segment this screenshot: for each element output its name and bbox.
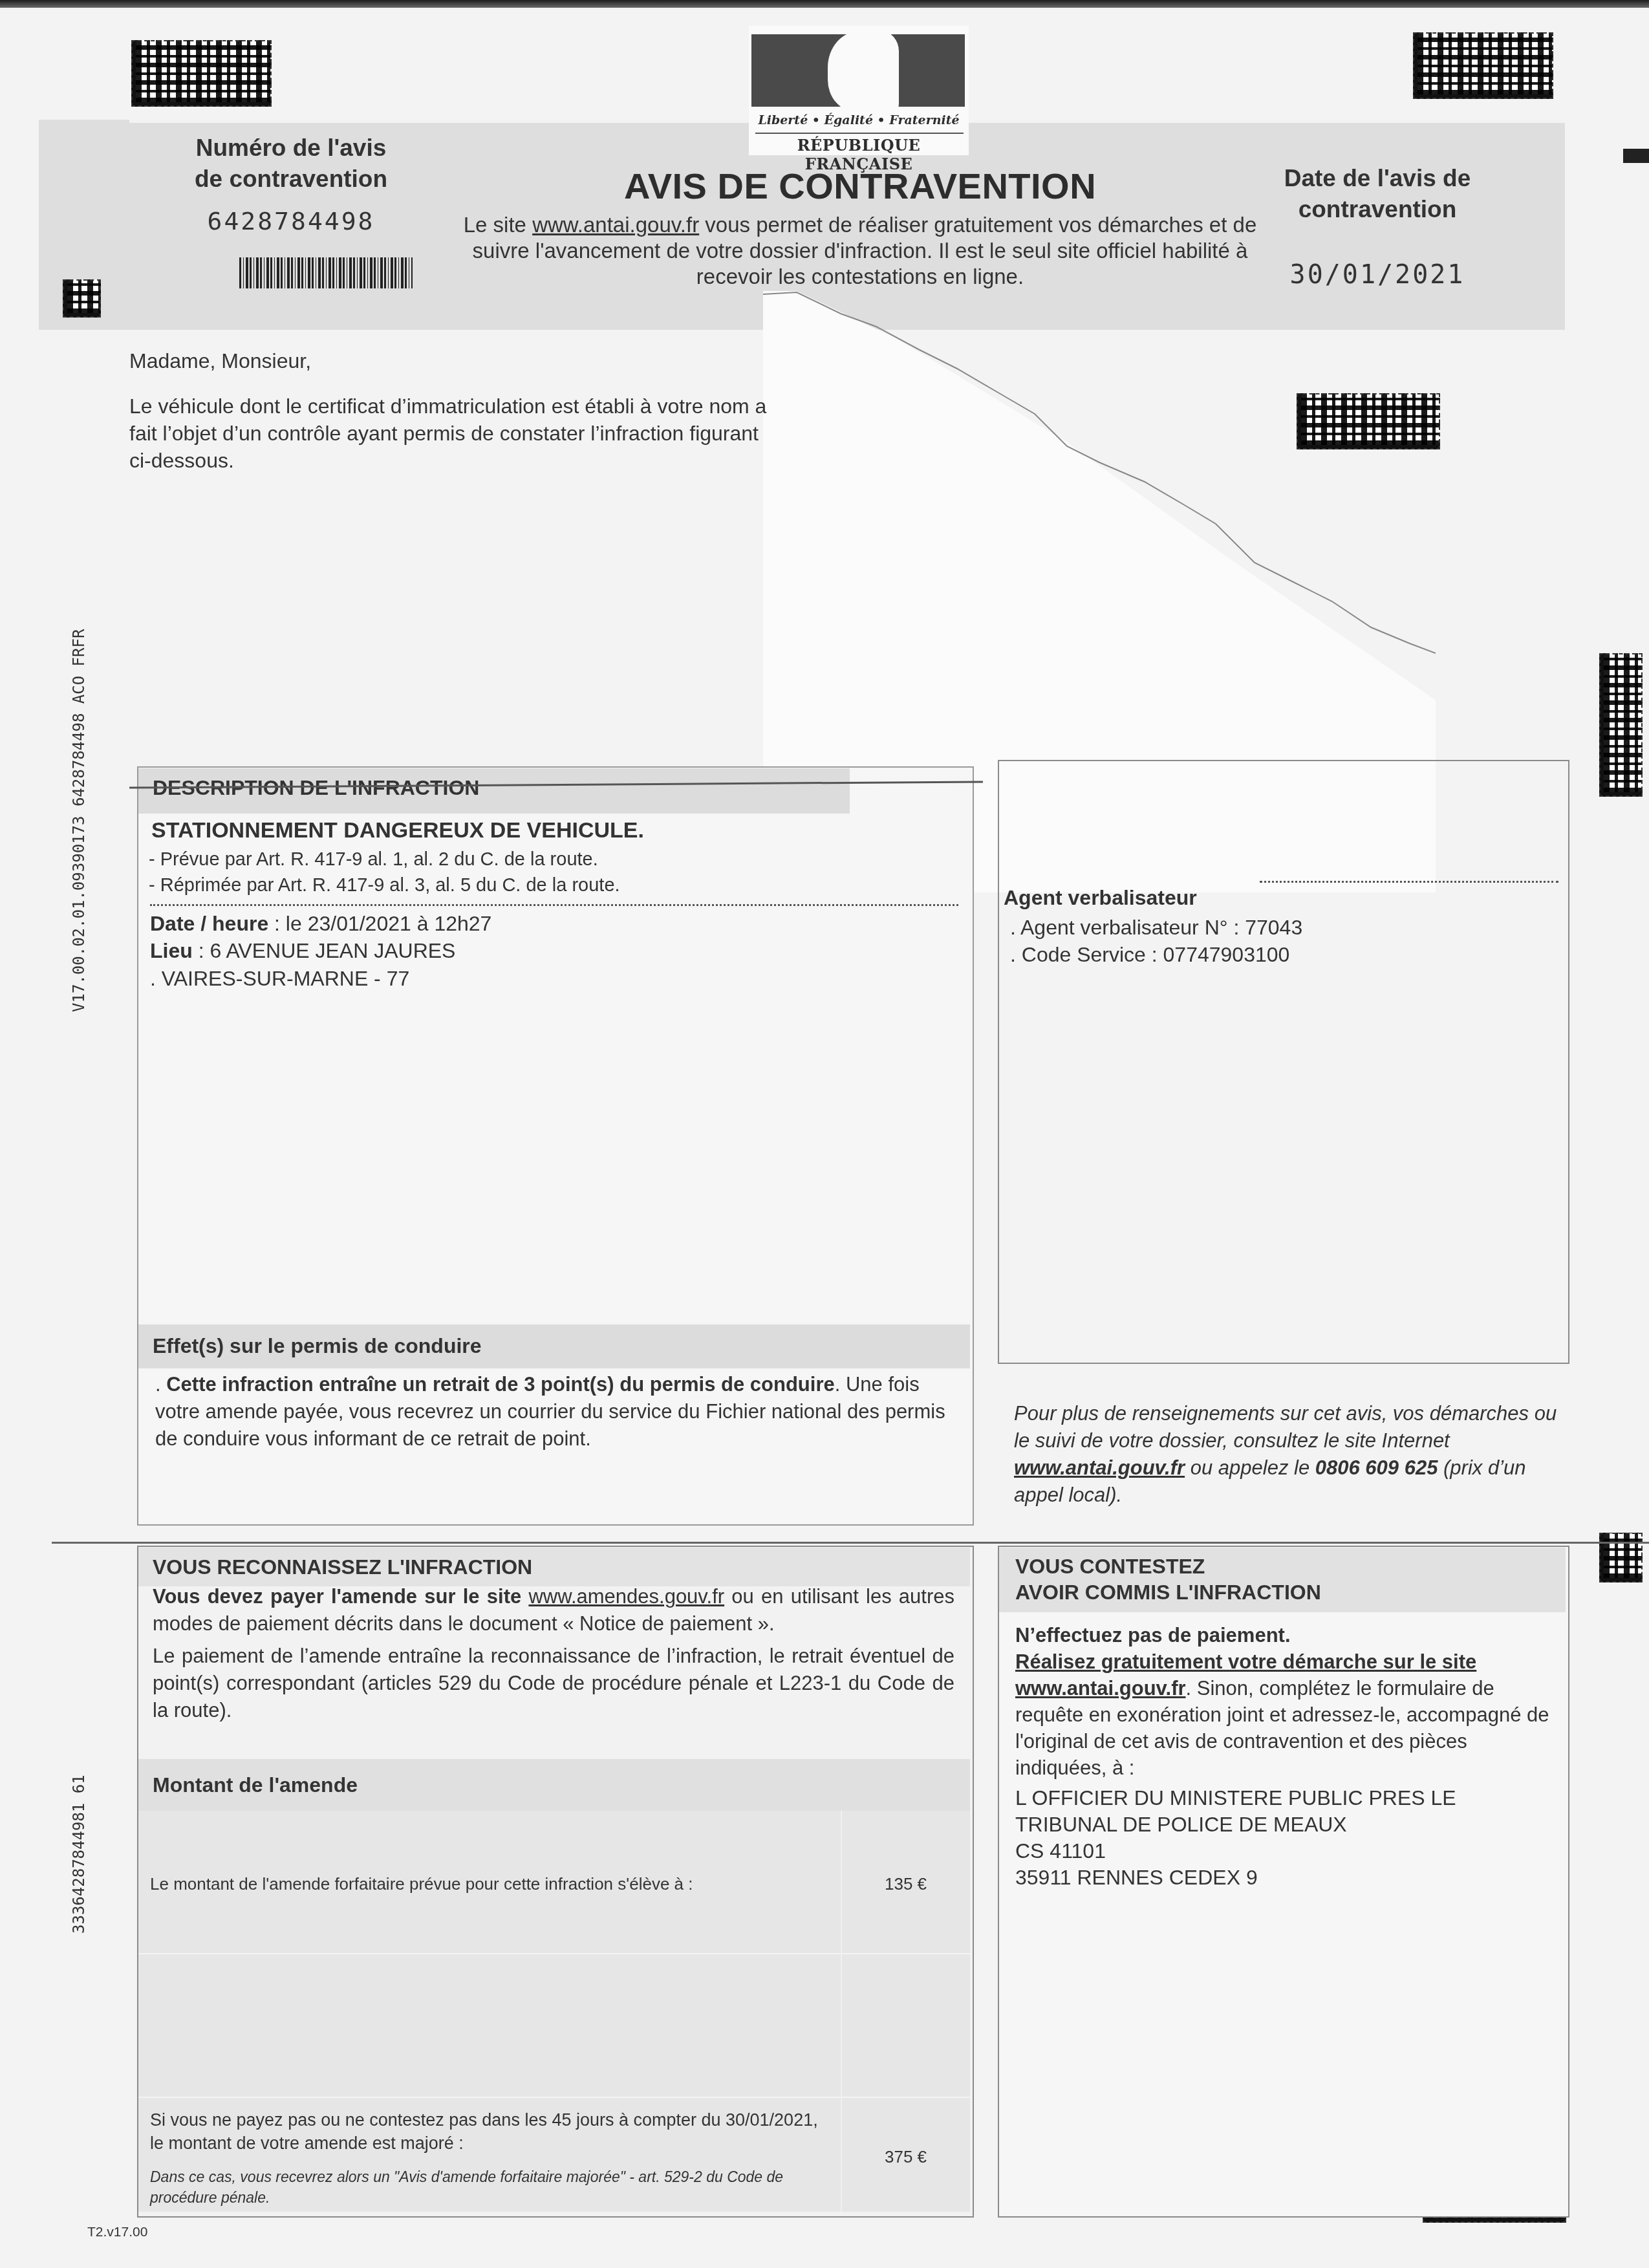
antai-link[interactable]: www.antai.gouv.fr xyxy=(532,213,699,237)
place-value: : 6 AVENUE JEAN JAURES xyxy=(193,939,456,962)
pay-instruction: Vous devez payer l'amende sur le site xyxy=(153,1585,528,1608)
increased-amount-note: Dans ce cas, vous recevrez alors un "Avi… xyxy=(150,2166,829,2208)
contest-title-line: AVOIR COMMIS L'INFRACTION xyxy=(1015,1579,1321,1605)
infraction-place: Lieu : 6 AVENUE JEAN JAURES xyxy=(150,939,455,963)
infraction-city: . VAIRES-SUR-MARNE - 77 xyxy=(150,967,409,991)
amendes-link[interactable]: www.amendes.gouv.fr xyxy=(528,1585,724,1608)
datamatrix-code-icon xyxy=(131,40,272,107)
notice-number-label: Numéro de l'avis de contravention xyxy=(188,133,394,195)
agent-number: . Agent verbalisateur N° : 77043 xyxy=(1010,916,1302,940)
dotted-divider xyxy=(150,904,958,906)
datamatrix-code-icon xyxy=(1599,1533,1643,1582)
phone-number[interactable]: 0806 609 625 xyxy=(1315,1456,1438,1479)
contest-title: VOUS CONTESTEZ AVOIR COMMIS L'INFRACTION xyxy=(1015,1553,1321,1605)
payment-consequence: Le paiement de l’amende entraîne la reco… xyxy=(153,1643,954,1724)
fold-line xyxy=(52,1542,1649,1544)
address-line: CS 41101 xyxy=(1015,1838,1558,1864)
license-effect-text: . Cette infraction entraîne un retrait d… xyxy=(155,1371,951,1453)
datamatrix-code-icon xyxy=(1413,32,1553,99)
infraction-title: STATIONNEMENT DANGEREUX DE VEHICULE. xyxy=(151,818,644,843)
contest-title-line: VOUS CONTESTEZ xyxy=(1015,1553,1321,1579)
agent-service-code: . Code Service : 07747903100 xyxy=(1010,943,1289,967)
page-title: AVIS DE CONTRAVENTION xyxy=(504,165,1216,207)
greeting: Madame, Monsieur, xyxy=(129,349,311,373)
antai-link[interactable]: www.antai.gouv.fr xyxy=(1014,1456,1185,1479)
place-label: Lieu xyxy=(150,939,193,962)
info-prefix: Pour plus de renseignements sur cet avis… xyxy=(1014,1402,1557,1452)
side-code: 33364287844981 61 xyxy=(70,1775,88,1934)
notice-date: 30/01/2021 xyxy=(1255,260,1500,290)
contest-address: L OFFICIER DU MINISTERE PUBLIC PRES LE T… xyxy=(1015,1785,1558,1891)
infraction-datetime: Date / heure : le 23/01/2021 à 12h27 xyxy=(150,912,491,936)
infraction-law-line: - Prévue par Art. R. 417-9 al. 1, al. 2 … xyxy=(149,849,598,870)
info-text: Pour plus de renseignements sur cet avis… xyxy=(1014,1400,1564,1509)
fine-amount: 135 € xyxy=(885,1874,927,1894)
increased-amount-label: Si vous ne payez pas ou ne contestez pas… xyxy=(150,2108,829,2155)
datamatrix-code-icon xyxy=(1599,653,1643,797)
marianne-logo-icon xyxy=(751,34,965,107)
header-intro: Le site www.antai.gouv.fr vous permet de… xyxy=(453,212,1267,290)
antai-link[interactable]: www.antai.gouv.fr xyxy=(1015,1677,1186,1700)
datamatrix-code-icon xyxy=(63,279,101,318)
address-line: 35911 RENNES CEDEX 9 xyxy=(1015,1864,1558,1891)
amount-title: Montant de l'amende xyxy=(153,1773,358,1797)
logo-divider xyxy=(755,133,964,134)
datetime-value: : le 23/01/2021 à 12h27 xyxy=(268,912,491,935)
header-intro-prefix: Le site xyxy=(464,213,532,237)
address-line: TRIBUNAL DE POLICE DE MEAUX xyxy=(1015,1811,1558,1838)
payment-title: VOUS RECONNAISSEZ L'INFRACTION xyxy=(153,1555,532,1579)
side-reference: V17.00.02.01.09390173 6428784498 ACO FRF… xyxy=(70,629,88,1012)
datetime-label: Date / heure xyxy=(150,912,268,935)
form-version: T2.v17.00 xyxy=(87,2225,147,2240)
license-effect-title: Effet(s) sur le permis de conduire xyxy=(153,1334,482,1358)
notice-date-label: Date de l'avis de contravention xyxy=(1255,163,1500,225)
letter-body: Le véhicule dont le certificat d’immatri… xyxy=(129,393,776,474)
address-line: L OFFICIER DU MINISTERE PUBLIC PRES LE xyxy=(1015,1785,1558,1811)
contest-text: N’effectuez pas de paiement. Réalisez gr… xyxy=(1015,1622,1558,1781)
contest-online-prefix: Réalisez gratuitement votre démarche sur… xyxy=(1015,1650,1476,1673)
scan-edge xyxy=(0,0,1649,8)
amount-column-divider xyxy=(841,1811,842,2212)
agent-title: Agent verbalisateur xyxy=(1004,886,1197,910)
notice-number: 6428784498 xyxy=(188,207,394,235)
points-removal: Cette infraction entraîne un retrait de … xyxy=(166,1373,834,1396)
agent-box xyxy=(998,760,1569,1364)
infraction-law-line: - Réprimée par Art. R. 417-9 al. 3, al. … xyxy=(149,875,620,896)
increased-amount: 375 € xyxy=(885,2147,927,2167)
datamatrix-code-icon xyxy=(1297,393,1440,449)
fine-amount-label: Le montant de l'amende forfaitaire prévu… xyxy=(150,1874,693,1894)
payment-text: Vous devez payer l'amende sur le site ww… xyxy=(153,1583,954,1724)
info-mid: ou appelez le xyxy=(1185,1456,1315,1479)
amount-divider xyxy=(138,1953,970,1954)
barcode-icon xyxy=(239,257,413,288)
page-mark xyxy=(1623,149,1649,163)
logo-motto: Liberté • Égalité • Fraternité xyxy=(751,113,966,127)
amount-divider xyxy=(138,2097,970,2098)
no-payment-notice: N’effectuez pas de paiement. xyxy=(1015,1624,1291,1647)
